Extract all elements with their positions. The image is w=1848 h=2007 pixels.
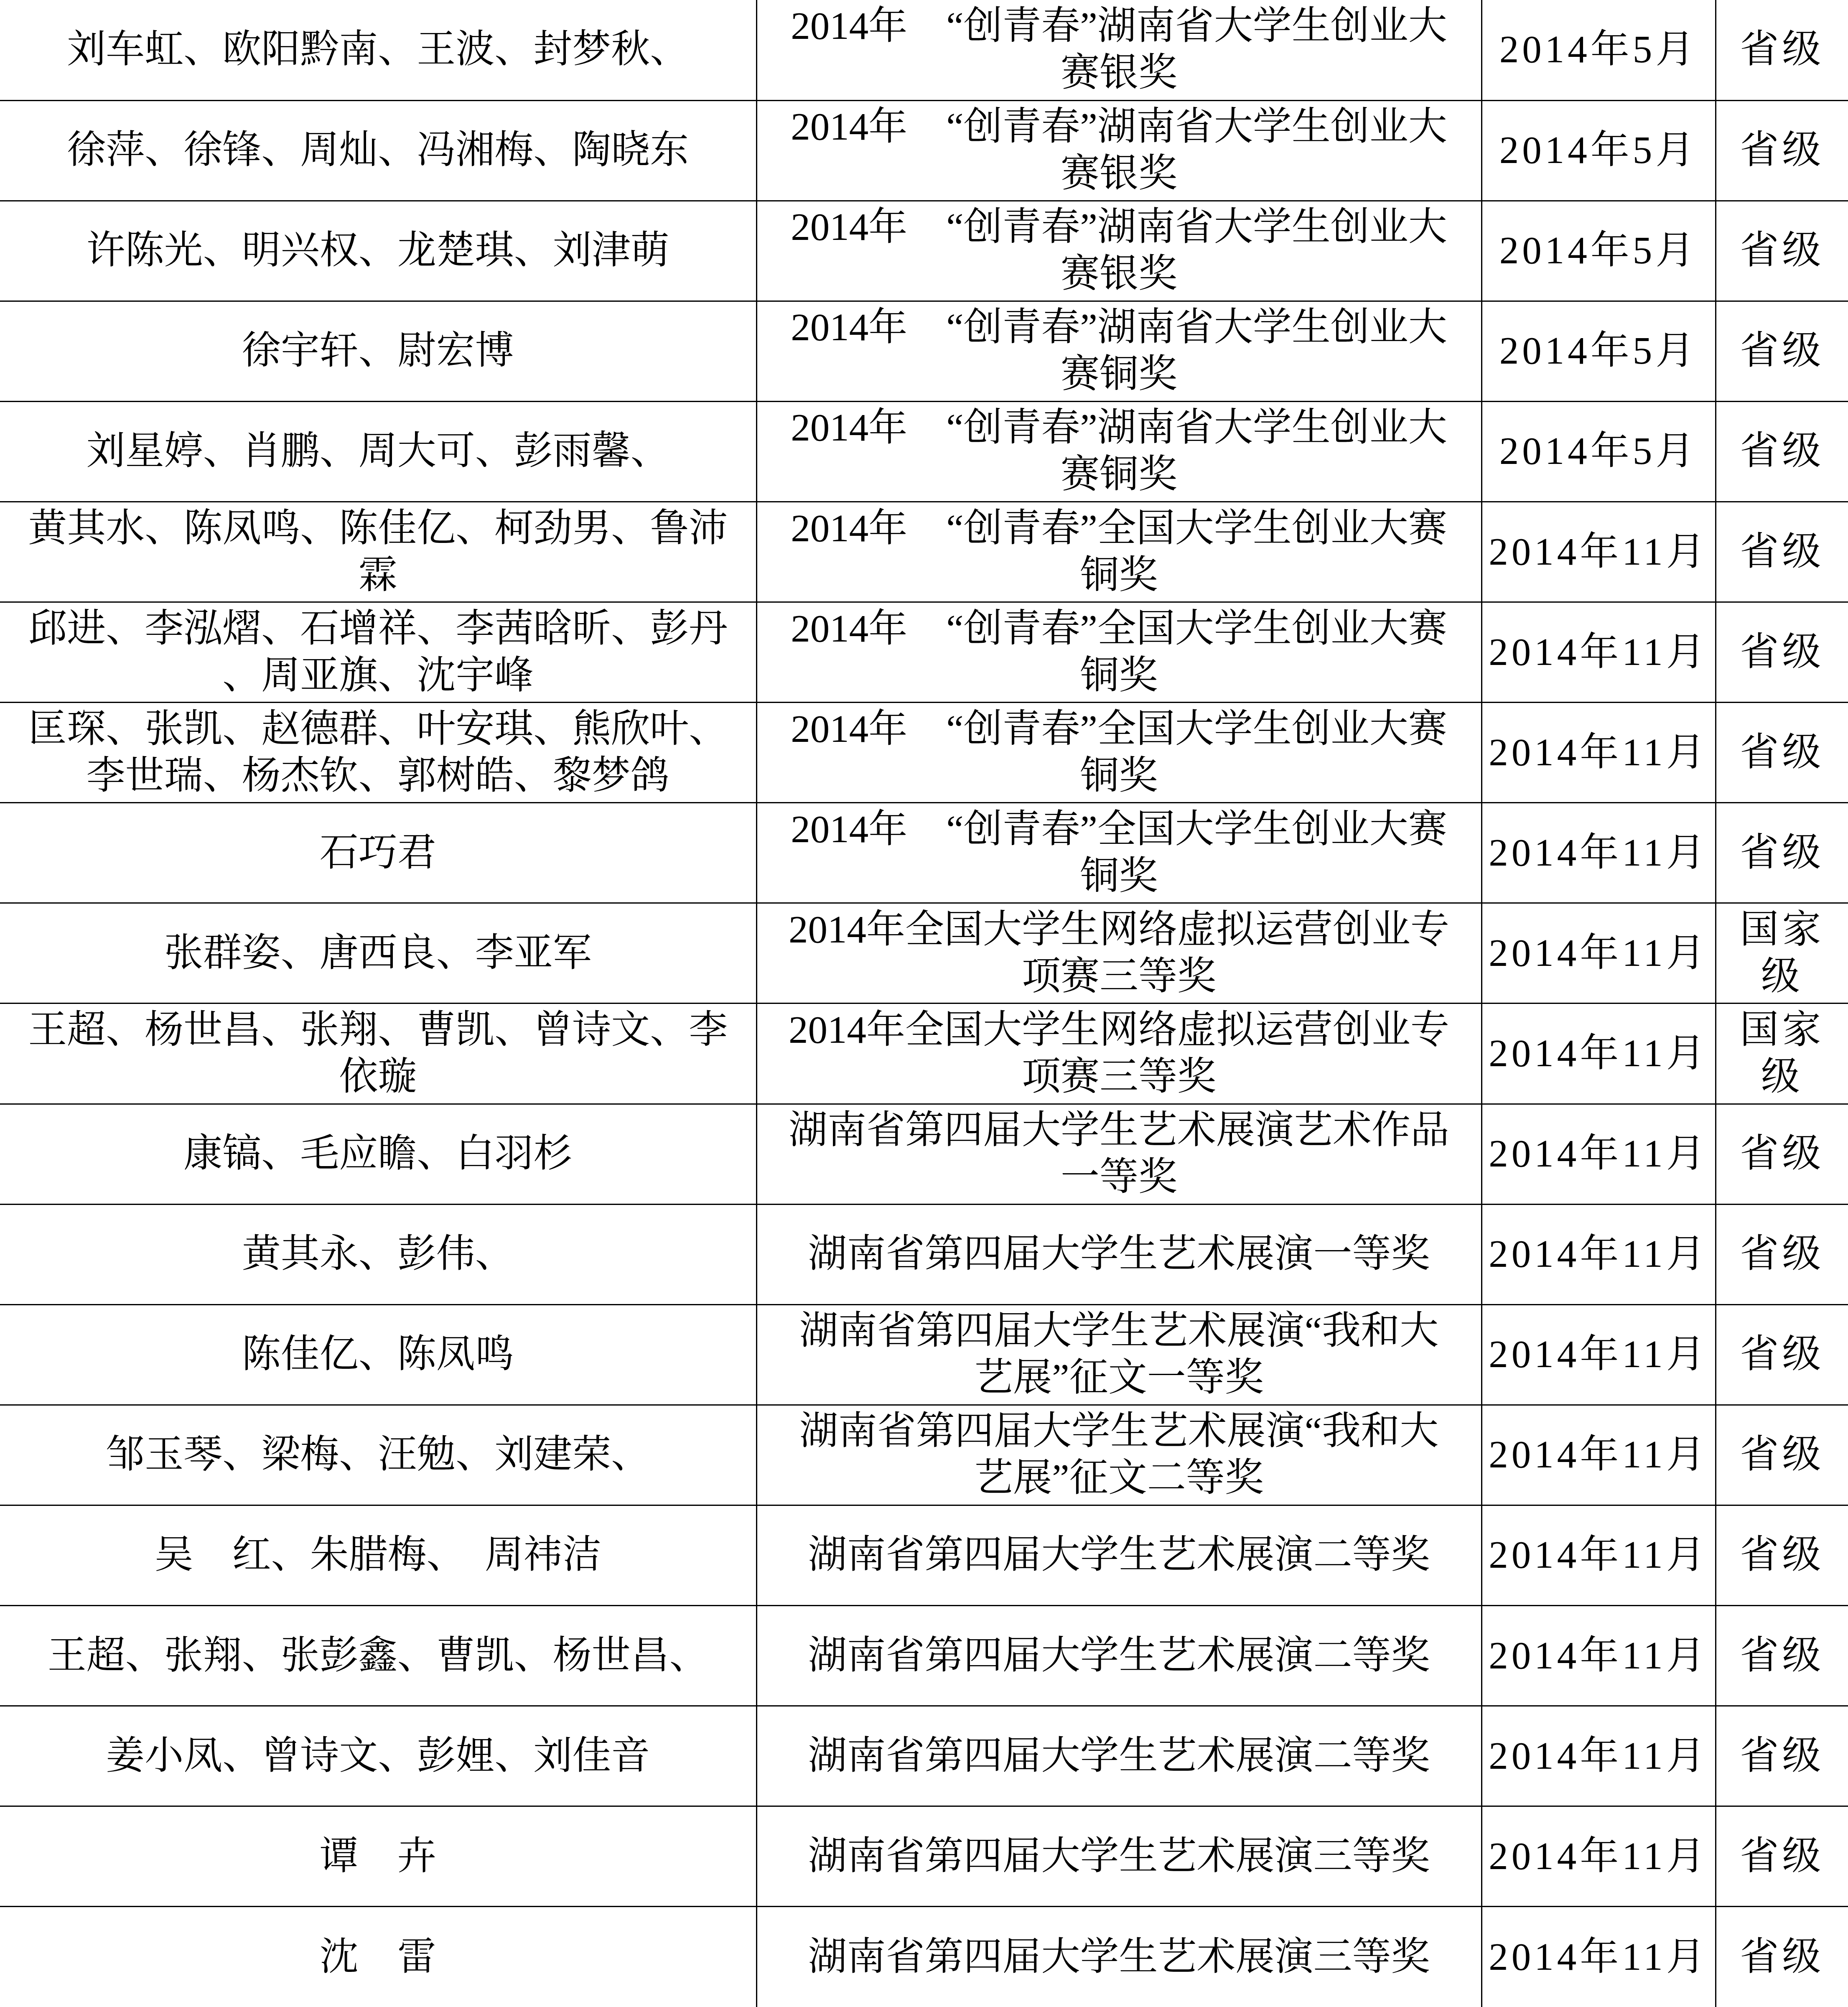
table-row: 徐宇轩、尉宏博2014年 “创青春”湖南省大学生创业大 赛铜奖2014年5月省级 <box>0 301 1848 401</box>
winner-names-cell: 刘车虹、欧阳黔南、王波、封梦秋、 <box>0 0 756 100</box>
awards-table-body: 刘车虹、欧阳黔南、王波、封梦秋、2014年 “创青春”湖南省大学生创业大 赛银奖… <box>0 0 1848 2007</box>
table-row: 石巧君2014年 “创青春”全国大学生创业大赛 铜奖2014年11月省级 <box>0 803 1848 903</box>
table-row: 吴 红、朱腊梅、 周祎洁湖南省第四届大学生艺术展演二等奖2014年11月省级 <box>0 1505 1848 1605</box>
winner-names-cell: 邹玉琴、梁梅、汪勉、刘建荣、 <box>0 1405 756 1505</box>
award-level-cell: 省级 <box>1716 0 1848 100</box>
award-level-cell: 省级 <box>1716 1204 1848 1304</box>
award-level-cell: 省级 <box>1716 602 1848 703</box>
award-level-cell: 省级 <box>1716 502 1848 602</box>
winner-names-cell: 康镐、毛应瞻、白羽杉 <box>0 1104 756 1204</box>
award-date-cell: 2014年5月 <box>1481 100 1716 201</box>
award-title-cell: 2014年 “创青春”全国大学生创业大赛 铜奖 <box>756 703 1481 803</box>
winner-names-cell: 姜小凤、曾诗文、彭娌、刘佳音 <box>0 1706 756 1806</box>
table-row: 谭 卉湖南省第四届大学生艺术展演三等奖2014年11月省级 <box>0 1806 1848 1907</box>
table-row: 邱进、李泓熠、石增祥、李茜晗昕、彭丹 、周亚旗、沈宇峰2014年 “创青春”全国… <box>0 602 1848 703</box>
table-row: 徐萍、徐锋、周灿、冯湘梅、陶晓东2014年 “创青春”湖南省大学生创业大 赛银奖… <box>0 100 1848 201</box>
award-level-cell: 省级 <box>1716 803 1848 903</box>
award-date-cell: 2014年11月 <box>1481 1204 1716 1304</box>
award-level-cell: 省级 <box>1716 100 1848 201</box>
award-level-cell: 省级 <box>1716 1907 1848 2007</box>
awards-table: 刘车虹、欧阳黔南、王波、封梦秋、2014年 “创青春”湖南省大学生创业大 赛银奖… <box>0 0 1848 2007</box>
award-title-cell: 2014年 “创青春”湖南省大学生创业大 赛银奖 <box>756 0 1481 100</box>
award-level-cell: 省级 <box>1716 301 1848 401</box>
winner-names-cell: 陈佳亿、陈凤鸣 <box>0 1304 756 1405</box>
award-title-cell: 湖南省第四届大学生艺术展演一等奖 <box>756 1204 1481 1304</box>
winner-names-cell: 匡琛、张凯、赵德群、叶安琪、熊欣叶、 李世瑞、杨杰钦、郭树皓、黎梦鸽 <box>0 703 756 803</box>
award-date-cell: 2014年11月 <box>1481 703 1716 803</box>
winner-names-cell: 邱进、李泓熠、石增祥、李茜晗昕、彭丹 、周亚旗、沈宇峰 <box>0 602 756 703</box>
award-date-cell: 2014年5月 <box>1481 201 1716 301</box>
award-title-cell: 湖南省第四届大学生艺术展演三等奖 <box>756 1907 1481 2007</box>
award-title-cell: 2014年 “创青春”全国大学生创业大赛 铜奖 <box>756 803 1481 903</box>
award-date-cell: 2014年11月 <box>1481 1304 1716 1405</box>
winner-names-cell: 谭 卉 <box>0 1806 756 1907</box>
award-date-cell: 2014年11月 <box>1481 1003 1716 1104</box>
award-level-cell: 省级 <box>1716 1806 1848 1907</box>
winner-names-cell: 张群姿、唐西良、李亚军 <box>0 903 756 1003</box>
award-date-cell: 2014年11月 <box>1481 1907 1716 2007</box>
award-date-cell: 2014年11月 <box>1481 1806 1716 1907</box>
winner-names-cell: 徐宇轩、尉宏博 <box>0 301 756 401</box>
award-level-cell: 国家级 <box>1716 1003 1848 1104</box>
table-row: 王超、杨世昌、张翔、曹凯、曾诗文、李 依璇2014年全国大学生网络虚拟运营创业专… <box>0 1003 1848 1104</box>
award-date-cell: 2014年11月 <box>1481 903 1716 1003</box>
table-row: 邹玉琴、梁梅、汪勉、刘建荣、湖南省第四届大学生艺术展演“我和大 艺展”征文二等奖… <box>0 1405 1848 1505</box>
winner-names-cell: 沈 雷 <box>0 1907 756 2007</box>
award-date-cell: 2014年5月 <box>1481 0 1716 100</box>
award-date-cell: 2014年11月 <box>1481 602 1716 703</box>
winner-names-cell: 黄其水、陈凤鸣、陈佳亿、柯劲男、鲁沛 霖 <box>0 502 756 602</box>
award-date-cell: 2014年11月 <box>1481 1405 1716 1505</box>
award-date-cell: 2014年11月 <box>1481 1606 1716 1706</box>
table-row: 王超、张翔、张彭鑫、曹凯、杨世昌、湖南省第四届大学生艺术展演二等奖2014年11… <box>0 1606 1848 1706</box>
award-date-cell: 2014年11月 <box>1481 1505 1716 1605</box>
award-title-cell: 2014年 “创青春”全国大学生创业大赛 铜奖 <box>756 502 1481 602</box>
winner-names-cell: 王超、张翔、张彭鑫、曹凯、杨世昌、 <box>0 1606 756 1706</box>
winner-names-cell: 王超、杨世昌、张翔、曹凯、曾诗文、李 依璇 <box>0 1003 756 1104</box>
table-row: 康镐、毛应瞻、白羽杉湖南省第四届大学生艺术展演艺术作品 一等奖2014年11月省… <box>0 1104 1848 1204</box>
table-row: 黄其永、彭伟、湖南省第四届大学生艺术展演一等奖2014年11月省级 <box>0 1204 1848 1304</box>
award-title-cell: 湖南省第四届大学生艺术展演“我和大 艺展”征文二等奖 <box>756 1405 1481 1505</box>
table-row: 许陈光、明兴权、龙楚琪、刘津萌2014年 “创青春”湖南省大学生创业大 赛银奖2… <box>0 201 1848 301</box>
award-title-cell: 2014年 “创青春”湖南省大学生创业大 赛铜奖 <box>756 401 1481 502</box>
award-date-cell: 2014年5月 <box>1481 301 1716 401</box>
award-level-cell: 省级 <box>1716 1405 1848 1505</box>
award-date-cell: 2014年11月 <box>1481 1706 1716 1806</box>
winner-names-cell: 吴 红、朱腊梅、 周祎洁 <box>0 1505 756 1605</box>
award-title-cell: 2014年 “创青春”湖南省大学生创业大 赛银奖 <box>756 100 1481 201</box>
winner-names-cell: 黄其永、彭伟、 <box>0 1204 756 1304</box>
award-date-cell: 2014年11月 <box>1481 1104 1716 1204</box>
table-row: 匡琛、张凯、赵德群、叶安琪、熊欣叶、 李世瑞、杨杰钦、郭树皓、黎梦鸽2014年 … <box>0 703 1848 803</box>
table-row: 黄其水、陈凤鸣、陈佳亿、柯劲男、鲁沛 霖2014年 “创青春”全国大学生创业大赛… <box>0 502 1848 602</box>
award-title-cell: 2014年 “创青春”湖南省大学生创业大 赛铜奖 <box>756 301 1481 401</box>
award-date-cell: 2014年11月 <box>1481 803 1716 903</box>
award-level-cell: 省级 <box>1716 401 1848 502</box>
award-level-cell: 省级 <box>1716 1304 1848 1405</box>
winner-names-cell: 刘星婷、肖鹏、周大可、彭雨馨、 <box>0 401 756 502</box>
table-row: 刘车虹、欧阳黔南、王波、封梦秋、2014年 “创青春”湖南省大学生创业大 赛银奖… <box>0 0 1848 100</box>
award-level-cell: 省级 <box>1716 1505 1848 1605</box>
award-level-cell: 省级 <box>1716 1606 1848 1706</box>
winner-names-cell: 石巧君 <box>0 803 756 903</box>
winner-names-cell: 许陈光、明兴权、龙楚琪、刘津萌 <box>0 201 756 301</box>
award-level-cell: 省级 <box>1716 703 1848 803</box>
award-level-cell: 国家级 <box>1716 903 1848 1003</box>
winner-names-cell: 徐萍、徐锋、周灿、冯湘梅、陶晓东 <box>0 100 756 201</box>
award-level-cell: 省级 <box>1716 201 1848 301</box>
award-level-cell: 省级 <box>1716 1706 1848 1806</box>
award-title-cell: 2014年 “创青春”全国大学生创业大赛 铜奖 <box>756 602 1481 703</box>
table-row: 刘星婷、肖鹏、周大可、彭雨馨、2014年 “创青春”湖南省大学生创业大 赛铜奖2… <box>0 401 1848 502</box>
table-row: 沈 雷湖南省第四届大学生艺术展演三等奖2014年11月省级 <box>0 1907 1848 2007</box>
table-row: 张群姿、唐西良、李亚军2014年全国大学生网络虚拟运营创业专 项赛三等奖2014… <box>0 903 1848 1003</box>
award-title-cell: 2014年全国大学生网络虚拟运营创业专 项赛三等奖 <box>756 1003 1481 1104</box>
award-title-cell: 湖南省第四届大学生艺术展演三等奖 <box>756 1806 1481 1907</box>
award-date-cell: 2014年11月 <box>1481 502 1716 602</box>
award-title-cell: 湖南省第四届大学生艺术展演艺术作品 一等奖 <box>756 1104 1481 1204</box>
award-title-cell: 湖南省第四届大学生艺术展演二等奖 <box>756 1606 1481 1706</box>
award-title-cell: 湖南省第四届大学生艺术展演二等奖 <box>756 1505 1481 1605</box>
award-date-cell: 2014年5月 <box>1481 401 1716 502</box>
award-title-cell: 2014年全国大学生网络虚拟运营创业专 项赛三等奖 <box>756 903 1481 1003</box>
award-title-cell: 2014年 “创青春”湖南省大学生创业大 赛银奖 <box>756 201 1481 301</box>
award-title-cell: 湖南省第四届大学生艺术展演二等奖 <box>756 1706 1481 1806</box>
table-row: 姜小凤、曾诗文、彭娌、刘佳音湖南省第四届大学生艺术展演二等奖2014年11月省级 <box>0 1706 1848 1806</box>
award-title-cell: 湖南省第四届大学生艺术展演“我和大 艺展”征文一等奖 <box>756 1304 1481 1405</box>
table-row: 陈佳亿、陈凤鸣湖南省第四届大学生艺术展演“我和大 艺展”征文一等奖2014年11… <box>0 1304 1848 1405</box>
award-level-cell: 省级 <box>1716 1104 1848 1204</box>
